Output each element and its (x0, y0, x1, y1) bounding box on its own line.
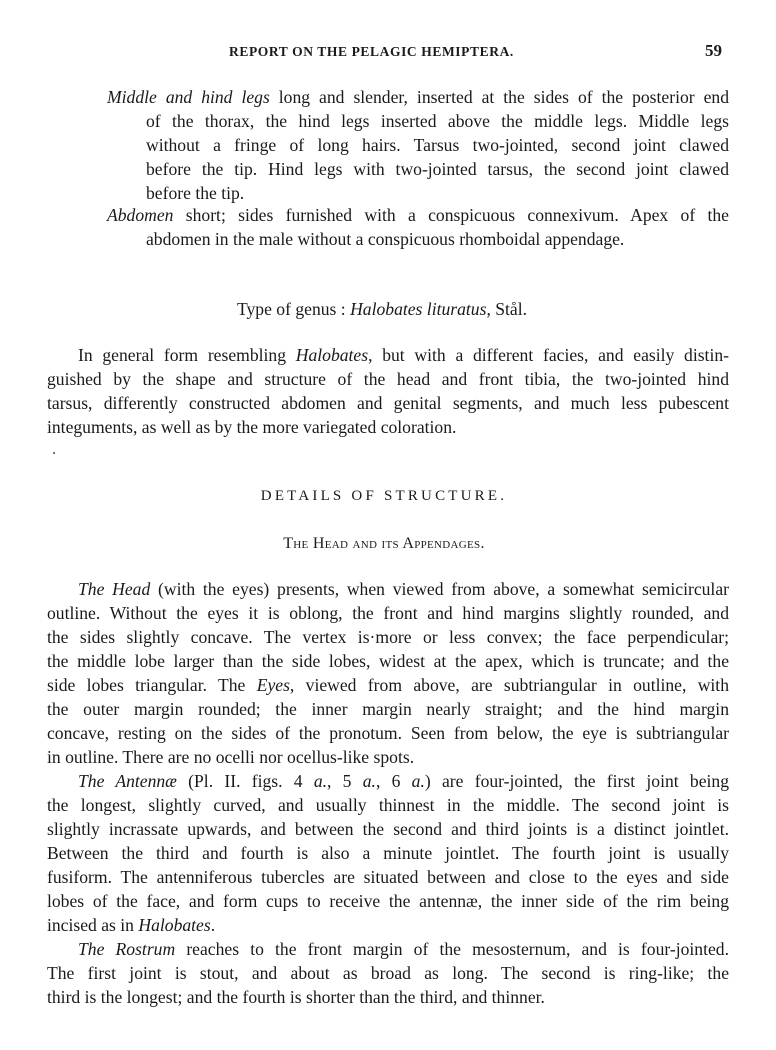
text-line: Between the third and fourth is also a m… (47, 842, 729, 864)
text-line: slightly incrassate upwards, and between… (47, 818, 729, 840)
text-line: guished by the shape and structure of th… (47, 368, 729, 390)
text-line: The first joint is stout, and about as b… (47, 962, 729, 984)
text-line: Middle and hind legs long and slender, i… (107, 86, 729, 108)
term-italic: The Head (78, 579, 150, 599)
term-italic: Abdomen (107, 205, 173, 225)
text-line: the outer margin rounded; the inner marg… (47, 698, 729, 720)
species-name: Halobates lituratus (350, 299, 486, 319)
text-line: outline. Without the eyes it is oblong, … (47, 602, 729, 624)
term-italic: The Rostrum (78, 939, 175, 959)
page-number: 59 (705, 41, 722, 61)
text-line: lobes of the face, and form cups to rece… (47, 890, 729, 912)
text-line: abdomen in the male without a conspicuou… (146, 228, 624, 250)
text-line: Abdomen short; sides furnished with a co… (107, 204, 729, 226)
text-line: tarsus, differently constructed abdomen … (47, 392, 729, 414)
text-line: side lobes triangular. The Eyes, viewed … (47, 674, 729, 696)
text-line: the longest, slightly curved, and usuall… (47, 794, 729, 816)
text-line: without a fringe of long hairs. Tarsus t… (146, 134, 729, 156)
text-line: integuments, as well as by the more vari… (47, 416, 456, 438)
term-italic: Eyes (257, 675, 290, 695)
text-line: the sides slightly concave. The vertex i… (47, 626, 729, 648)
text-line: The Head (with the eyes) presents, when … (78, 578, 729, 600)
section-heading: DETAILS OF STRUCTURE. (0, 488, 772, 505)
text-line: The Rostrum reaches to the front margin … (78, 938, 729, 960)
text-line: fusiform. The antenniferous tubercles ar… (47, 866, 729, 888)
type-of-genus: Type of genus : Halobates lituratus, Stå… (0, 299, 770, 320)
text-line: the middle lobe larger than the side lob… (47, 650, 729, 672)
scan-speck (53, 452, 55, 454)
text-line: of the thorax, the hind legs inserted ab… (146, 110, 729, 132)
text-line: In general form resembling Halobates, bu… (78, 344, 729, 366)
text-line: The Antennæ (Pl. II. figs. 4 a., 5 a., 6… (78, 770, 729, 792)
document-page: REPORT ON THE PELAGIC HEMIPTERA. 59 Midd… (0, 0, 776, 1050)
term-italic: The Antennæ (78, 771, 177, 791)
subsection-heading: The Head and its Appendages. (0, 535, 772, 553)
term-italic: Middle and hind legs (107, 87, 270, 107)
text-line: incised as in Halobates. (47, 914, 215, 936)
text-line: before the tip. Hind legs with two-joint… (146, 158, 729, 180)
running-title: REPORT ON THE PELAGIC HEMIPTERA. (229, 44, 514, 60)
text-line: concave, resting on the sides of the pro… (47, 722, 729, 744)
text-line: before the tip. (146, 182, 244, 204)
text-line: third is the longest; and the fourth is … (47, 986, 545, 1008)
text-line: in outline. There are no ocelli nor ocel… (47, 746, 414, 768)
